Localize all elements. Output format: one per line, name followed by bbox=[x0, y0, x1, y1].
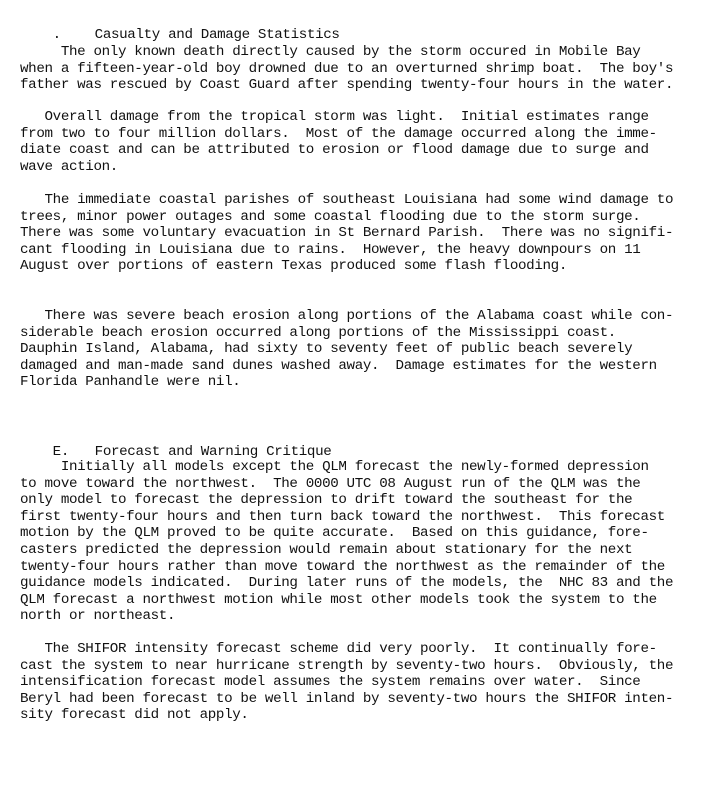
text-line: sity forecast did not apply. bbox=[20, 707, 710, 724]
text-line: The immediate coastal parishes of southe… bbox=[20, 192, 710, 209]
text-line: Overall damage from the tropical storm w… bbox=[20, 109, 710, 126]
paragraph-beach-erosion: There was severe beach erosion along por… bbox=[20, 308, 710, 391]
text-line: first twenty-four hours and then turn ba… bbox=[20, 509, 710, 526]
text-line: cast the system to near hurricane streng… bbox=[20, 658, 710, 675]
text-line: to move toward the northwest. The 0000 U… bbox=[20, 476, 710, 493]
paragraph-shifor: The SHIFOR intensity forecast scheme did… bbox=[20, 641, 710, 724]
section-title: Casualty and Damage Statistics bbox=[95, 27, 340, 43]
text-line: Beryl had been forecast to be well inlan… bbox=[20, 691, 710, 708]
text-line: cant flooding in Louisiana due to rains.… bbox=[20, 242, 710, 259]
document-page: .Casualty and Damage Statistics The only… bbox=[0, 0, 717, 794]
text-line: siderable beach erosion occurred along p… bbox=[20, 325, 710, 342]
text-line: casters predicted the depression would r… bbox=[20, 542, 710, 559]
section-title: Forecast and Warning Critique bbox=[95, 444, 332, 460]
text-line: The only known death directly caused by … bbox=[20, 44, 710, 61]
text-line: diate coast and can be attributed to ero… bbox=[20, 142, 710, 159]
paragraph-overall-damage: Overall damage from the tropical storm w… bbox=[20, 109, 710, 175]
text-line: only model to forecast the depression to… bbox=[20, 492, 710, 509]
text-line: intensification forecast model assumes t… bbox=[20, 674, 710, 691]
text-line: twenty-four hours rather than move towar… bbox=[20, 559, 710, 576]
text-line: QLM forecast a northwest motion while mo… bbox=[20, 592, 710, 609]
text-line: damaged and man-made sand dunes washed a… bbox=[20, 358, 710, 375]
text-line: father was rescued by Coast Guard after … bbox=[20, 77, 710, 94]
text-line: motion by the QLM proved to be quite acc… bbox=[20, 525, 710, 542]
paragraph-models: Initially all models except the QLM fore… bbox=[20, 459, 710, 625]
text-line: when a fifteen-year-old boy drowned due … bbox=[20, 61, 710, 78]
text-line: north or northeast. bbox=[20, 608, 710, 625]
text-line: wave action. bbox=[20, 159, 710, 176]
text-line: Dauphin Island, Alabama, had sixty to se… bbox=[20, 341, 710, 358]
text-line: guidance models indicated. During later … bbox=[20, 575, 710, 592]
text-line: The SHIFOR intensity forecast scheme did… bbox=[20, 641, 710, 658]
text-line: trees, minor power outages and some coas… bbox=[20, 209, 710, 226]
paragraph-casualty: The only known death directly caused by … bbox=[20, 44, 710, 94]
text-line: from two to four million dollars. Most o… bbox=[20, 126, 710, 143]
text-line: Initially all models except the QLM fore… bbox=[20, 459, 710, 476]
text-line: There was some voluntary evacuation in S… bbox=[20, 225, 710, 242]
section-marker: E. bbox=[53, 444, 95, 460]
section-marker: . bbox=[53, 27, 95, 43]
text-line: There was severe beach erosion along por… bbox=[20, 308, 710, 325]
paragraph-louisiana: The immediate coastal parishes of southe… bbox=[20, 192, 710, 275]
text-line: Florida Panhandle were nil. bbox=[20, 374, 710, 391]
text-line: August over portions of eastern Texas pr… bbox=[20, 258, 710, 275]
